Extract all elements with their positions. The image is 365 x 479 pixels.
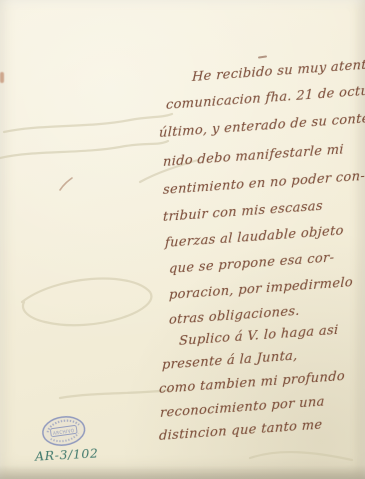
letter-line: comunicacion fha. 21 de octubre xyxy=(166,82,365,113)
letter-line: sentimiento en no poder con- xyxy=(163,169,365,198)
pen-dash-mark xyxy=(258,55,267,58)
scan-edge-shadow xyxy=(0,465,365,479)
letter-line: otras obligaciones. xyxy=(169,304,300,328)
letter-line: como tambien mi profundo xyxy=(159,369,346,397)
letter-line: nido debo manifestarle mi xyxy=(163,142,344,170)
manuscript-scan: He recibido su muy atenta comunicacion f… xyxy=(0,0,365,479)
call-number: AR-3/102 xyxy=(35,445,99,463)
letter-line: presente á la Junta, xyxy=(162,348,298,373)
letter-line: que se propone esa cor- xyxy=(169,250,335,277)
letter-line: Suplico á V. lo haga asi xyxy=(179,323,339,349)
letter-line: reconocimiento por una xyxy=(160,394,325,421)
letter-line: distincion que tanto me xyxy=(159,418,323,444)
paper-edge-ink-mark xyxy=(0,72,4,83)
letter-line: último, y enterado de su conte- xyxy=(159,111,365,141)
letter-line: fuerzas al laudable objeto xyxy=(165,223,344,251)
letter-line: poracion, por impedirmelo xyxy=(169,275,354,303)
letter-line: tribuir con mis escasas xyxy=(163,199,323,225)
letter-line: He recibido su muy atenta xyxy=(192,57,365,85)
